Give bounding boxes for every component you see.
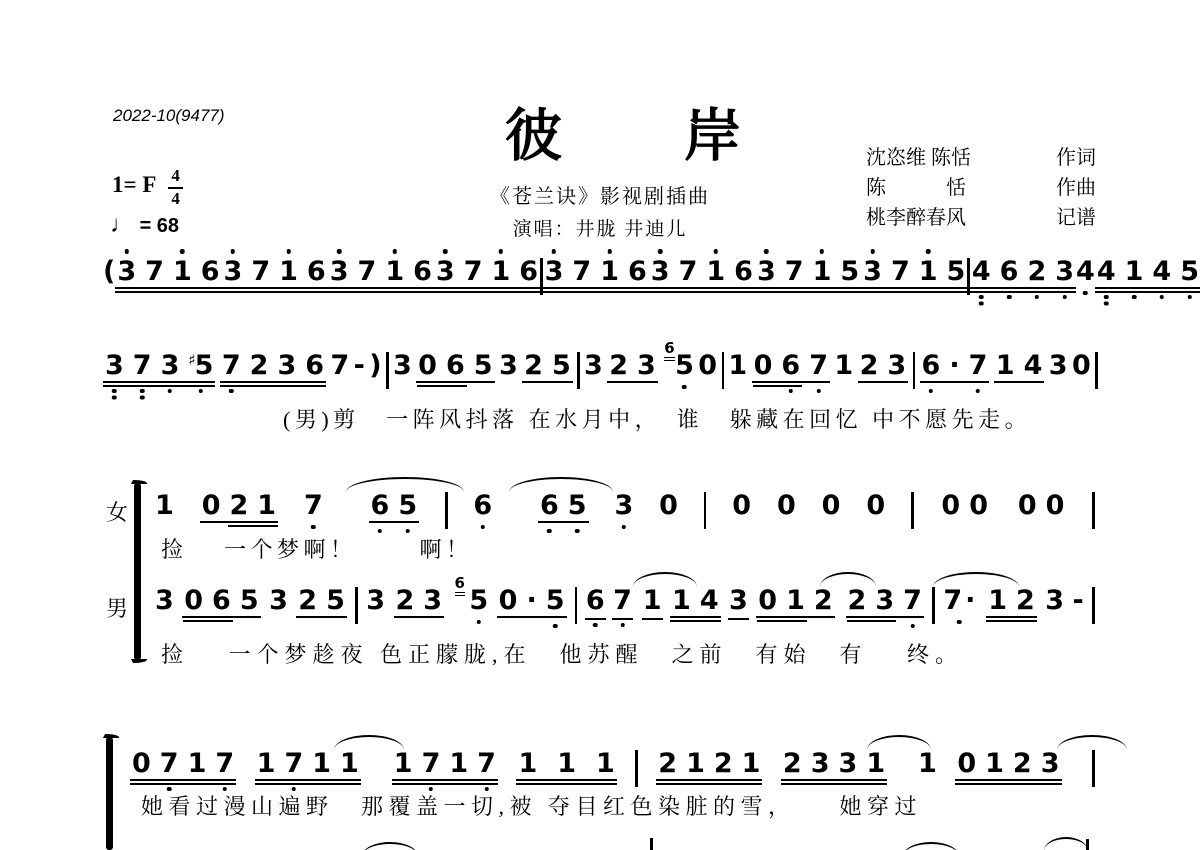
beam-group: 3715 <box>861 258 967 294</box>
note: 2 <box>1016 587 1035 614</box>
octave-dot-below <box>229 389 234 394</box>
verse-line-1: 373♯572367-)306532532365010671236·71430 <box>103 352 1098 398</box>
octave-dot-above <box>392 249 397 254</box>
barline-fragment <box>650 838 653 850</box>
note: 0 <box>957 750 976 777</box>
note: ♯5 <box>188 352 213 379</box>
note: 6 <box>201 258 220 285</box>
beam-group: 373♯5 <box>103 352 215 388</box>
note: 7 <box>903 587 922 614</box>
octave-dot-above <box>820 249 825 254</box>
octave-dot-below <box>481 525 486 530</box>
note: 2 <box>298 587 317 614</box>
note: 3 <box>155 587 174 614</box>
note: 0 <box>659 492 678 519</box>
notation-text: - <box>354 352 365 379</box>
note: 2 <box>396 587 415 614</box>
octave-dot-below <box>593 623 598 628</box>
beam-group: 14 <box>670 587 721 623</box>
note: 6 <box>586 587 605 614</box>
note: 0 <box>418 352 437 379</box>
note: 3 <box>436 258 455 285</box>
note: 5 <box>398 492 417 519</box>
note: 0 <box>969 492 988 519</box>
barline <box>1092 492 1095 529</box>
note: 7 <box>304 492 323 519</box>
octave-dot-above <box>764 249 769 254</box>
note: 2 <box>848 587 867 614</box>
lyric-bottom: 她看过漫山遍野 那覆盖一切,被 夺目红色染脏的雪， 她穿过 <box>141 790 922 821</box>
credit-role: 记谱 <box>1056 203 1096 233</box>
note: 3 <box>875 587 894 614</box>
note: 2 <box>1013 750 1032 777</box>
female-line: 10217656653000000000 <box>155 492 1095 538</box>
note: 6 <box>305 352 324 379</box>
lyric-female: 捡 一个梦啊！ 啊！ <box>161 533 473 564</box>
beam-group: 065 <box>182 587 260 623</box>
credit-name: 桃李醉春风 <box>866 203 966 233</box>
note: 4 <box>1024 352 1043 379</box>
octave-dot-below <box>112 389 117 394</box>
note: 1 <box>312 750 331 777</box>
credits-block: 沈恣维 陈恬 作词 陈 恬 作曲 桃李醉春风 记谱 <box>866 143 1096 233</box>
credit-lyricist: 沈恣维 陈恬 作词 <box>866 143 1096 173</box>
barline <box>911 492 914 529</box>
note: 6 <box>628 258 647 285</box>
octave-dot-below <box>140 389 145 394</box>
beam-group: 65 <box>538 492 589 528</box>
credit-role: 作曲 <box>1056 173 1096 203</box>
note: 7 <box>809 352 828 379</box>
note: 5 <box>546 587 565 614</box>
note: 3 <box>161 352 180 379</box>
note: 6 <box>371 492 390 519</box>
note: 0 <box>777 492 796 519</box>
system-bracket-bottom <box>106 737 113 850</box>
note: 7 <box>613 587 632 614</box>
note: 0 <box>1018 492 1037 519</box>
octave-dot-above <box>714 249 719 254</box>
barline <box>932 587 935 624</box>
key-signature: 1= F 4 4 <box>112 172 183 208</box>
notation-text: - <box>1073 587 1084 614</box>
octave-dot-below <box>682 385 687 390</box>
note: 5 <box>326 587 345 614</box>
intro-line-1: (371637163716371637163716371537154623441… <box>103 258 1098 304</box>
octave-dot-below <box>789 389 794 394</box>
octave-dot-above <box>607 249 612 254</box>
note: 7 <box>679 258 698 285</box>
note: 7 <box>284 750 303 777</box>
note: 7 <box>160 750 179 777</box>
barline <box>1092 750 1095 787</box>
note: 3 <box>584 352 603 379</box>
sheet-page: { "meta": {"catalog": "2022-10(9477)"}, … <box>0 0 1200 850</box>
note: 7 <box>969 352 988 379</box>
octave-dot-below <box>957 620 962 625</box>
note: 1 <box>394 750 413 777</box>
octave-dot-above <box>552 249 557 254</box>
beam-group: 65 <box>369 492 420 528</box>
note: 3 <box>269 587 288 614</box>
note: 4 <box>1097 258 1116 285</box>
sixteenth-beam: 01 <box>758 587 805 614</box>
note: 6 <box>540 492 559 519</box>
note: 7 <box>477 750 496 777</box>
barline <box>1095 352 1098 389</box>
note: 3 <box>366 587 385 614</box>
note: 2 <box>814 587 833 614</box>
note: · <box>526 587 536 614</box>
beam-group: 3716 <box>115 258 221 294</box>
notation-text: ) <box>369 352 381 379</box>
octave-dot-above <box>870 249 875 254</box>
note: 3 <box>757 258 776 285</box>
note: 3 <box>1041 750 1060 777</box>
note: 7 <box>464 258 483 285</box>
note: 7 <box>222 352 241 379</box>
note: 0 <box>822 492 841 519</box>
beam-group: 237 <box>846 587 924 623</box>
barline <box>577 352 580 389</box>
quarter-note-icon: ♩ <box>110 211 134 238</box>
note: 7 <box>422 750 441 777</box>
note: 2 <box>250 352 269 379</box>
note: 3 <box>863 258 882 285</box>
note: 3 <box>887 352 906 379</box>
note: 4 <box>700 587 719 614</box>
note: 4 <box>1076 258 1095 285</box>
beam-group: 0123 <box>955 750 1061 786</box>
beam-group: 3716 <box>434 258 540 294</box>
note: 7 <box>251 258 270 285</box>
note: 1 <box>492 258 511 285</box>
beam-group: 7236 <box>220 352 326 388</box>
note: 3 <box>637 352 656 379</box>
beam-group: 23 <box>607 352 658 388</box>
note: 1 <box>155 492 174 519</box>
note: 1 <box>449 750 468 777</box>
note: 0 <box>941 492 960 519</box>
note: 1 <box>686 750 705 777</box>
beam-group: 2331 <box>781 750 887 786</box>
octave-dot-below <box>976 389 981 394</box>
note: 7 <box>358 258 377 285</box>
meter-denominator: 4 <box>171 189 180 209</box>
note: 3 <box>117 258 136 285</box>
beam-group: 0·5 <box>497 587 567 623</box>
beam-group: 1711 <box>255 750 361 786</box>
octave-dot-below <box>547 529 552 534</box>
note: 3 <box>811 750 830 777</box>
note: 1 <box>643 587 662 614</box>
note: 2 <box>1027 258 1046 285</box>
note: 2 <box>609 352 628 379</box>
barline <box>913 352 916 389</box>
grace-note: 6 <box>664 341 674 361</box>
note: 0 <box>732 492 751 519</box>
note: 0 <box>202 492 221 519</box>
slur-fragment <box>1044 837 1088 850</box>
sixteenth-beam: 06 <box>754 352 801 379</box>
song-title: 彼岸 <box>505 108 863 165</box>
note: 3 <box>105 352 124 379</box>
note: 1 <box>866 750 885 777</box>
note: 0 <box>1072 352 1091 379</box>
credit-name: 沈恣维 陈恬 <box>866 143 971 173</box>
note: 5 <box>675 352 694 379</box>
octave-dot-below <box>1160 295 1165 300</box>
beam-group: 00 <box>939 492 990 519</box>
note: · <box>949 352 959 379</box>
note: 0 <box>499 587 518 614</box>
octave-dot-below <box>199 389 204 394</box>
octave-dot-below <box>1007 295 1012 300</box>
note: 0 <box>132 750 151 777</box>
octave-dot-below <box>929 389 934 394</box>
note: 4 <box>972 258 991 285</box>
sixteenth-beam: 23 <box>848 587 895 614</box>
beam-group: 25 <box>296 587 347 623</box>
beam-group: 3716 <box>222 258 328 294</box>
credit-transcriber: 桃李醉春风 记谱 <box>866 203 1096 233</box>
beam-group: 3716 <box>543 258 649 294</box>
note: 1 <box>988 587 1007 614</box>
octave-dot-above <box>124 249 129 254</box>
note: 6 <box>781 352 800 379</box>
octave-dot-above <box>231 249 236 254</box>
octave-dot-below <box>816 389 821 394</box>
note: 5 <box>947 258 966 285</box>
beam-group: 3716 <box>649 258 755 294</box>
note: 3 <box>839 750 858 777</box>
note: 1 <box>996 352 1015 379</box>
note: 0 <box>758 587 777 614</box>
note: 5 <box>840 258 859 285</box>
note: 7 <box>572 258 591 285</box>
barline <box>635 750 638 787</box>
note: 1 <box>706 258 725 285</box>
octave-dot-below <box>168 389 173 394</box>
note: 3 <box>1049 352 1068 379</box>
beam-group: 14 <box>994 352 1045 388</box>
note: 3 <box>330 258 349 285</box>
note: 3 <box>1045 587 1064 614</box>
note: 1 <box>557 750 576 777</box>
beam-group: 4623 <box>970 258 1076 294</box>
tempo-value: = 68 <box>140 215 179 237</box>
octave-dot-below <box>1132 295 1137 300</box>
slur-fragment <box>903 842 959 850</box>
octave-dot-below <box>1187 295 1192 300</box>
lyric-male: 捡 一个梦趁夜 色正朦胧,在 他苏醒 之前 有始 有 终。 <box>161 638 963 669</box>
note: 1 <box>742 750 761 777</box>
note: 1 <box>1125 258 1144 285</box>
octave-dot-below <box>477 620 482 625</box>
note: 7 <box>330 352 349 379</box>
note: 6 <box>922 352 941 379</box>
beam-group: 012 <box>756 587 834 623</box>
note: 1 <box>279 258 298 285</box>
sixteenth-beam: 21 <box>229 492 276 519</box>
octave-dot-above <box>443 249 448 254</box>
note: 2 <box>524 352 543 379</box>
note: 1 <box>672 587 691 614</box>
note: 2 <box>229 492 248 519</box>
note: 3 <box>423 587 442 614</box>
note: 1 <box>918 750 937 777</box>
barline <box>722 352 725 389</box>
note: 2 <box>860 352 879 379</box>
octave-dot-below <box>622 525 627 530</box>
note: 3 <box>614 492 633 519</box>
note: 0 <box>866 492 885 519</box>
note: 6 <box>307 258 326 285</box>
octave-dot-above <box>286 249 291 254</box>
note: 1 <box>340 750 359 777</box>
system-bracket <box>134 483 141 660</box>
note: 5 <box>568 492 587 519</box>
note: 1 <box>385 258 404 285</box>
note: 5 <box>240 587 259 614</box>
note: 2 <box>658 750 677 777</box>
meter-numerator: 4 <box>168 167 183 189</box>
credit-name: 陈 恬 <box>866 173 966 203</box>
beam-group: 23 <box>394 587 445 623</box>
note: 7 <box>145 258 164 285</box>
note: 3 <box>393 352 412 379</box>
note: 7 <box>891 258 910 285</box>
note: 1 <box>596 750 615 777</box>
beam-group: 4145 <box>1095 258 1200 294</box>
beam-group: 6·7 <box>920 352 990 388</box>
barline <box>355 587 358 624</box>
octave-dot-above <box>180 249 185 254</box>
barline <box>704 492 707 529</box>
octave-dot-below <box>575 529 580 534</box>
note: 5 <box>469 587 488 614</box>
note: 1 <box>786 587 805 614</box>
beam-group: 2121 <box>656 750 762 786</box>
note: 3 <box>1055 258 1074 285</box>
note: 1 <box>600 258 619 285</box>
octave-dot-above <box>658 249 663 254</box>
octave-dot-below <box>311 525 316 530</box>
note: 0 <box>754 352 773 379</box>
beam-group: 3716 <box>328 258 434 294</box>
beam-group: 25 <box>522 352 573 388</box>
beam-group: 067 <box>752 352 830 388</box>
note: 6 <box>446 352 465 379</box>
note: 1 <box>985 750 1004 777</box>
beam-group: 3715 <box>755 258 861 294</box>
note: 1 <box>257 750 276 777</box>
note: 7 <box>215 750 234 777</box>
lyric-verse1: (男)剪 一阵风抖落 在水月中， 谁 躲藏在回忆 中不愿先走。 <box>283 403 1031 434</box>
note: 1 <box>728 352 747 379</box>
octave-dot-below <box>1083 291 1088 296</box>
note: 1 <box>813 258 832 285</box>
note: 0 <box>698 352 717 379</box>
catalog-number: 2022-10(9477) <box>113 106 225 126</box>
note: 6 <box>473 492 492 519</box>
beam-group: 23 <box>858 352 909 388</box>
octave-dot-below <box>553 624 558 629</box>
note: 2 <box>783 750 802 777</box>
note: 3 <box>545 258 564 285</box>
note: 6 <box>413 258 432 285</box>
note: 2 <box>714 750 733 777</box>
barline <box>386 352 389 389</box>
tempo-marking: ♩ = 68 <box>110 211 179 239</box>
slur-fragment <box>362 842 418 850</box>
note: 5 <box>1180 258 1199 285</box>
beam-group: 12 <box>986 587 1037 623</box>
notation-text: ( <box>103 258 115 285</box>
note: 7 <box>785 258 804 285</box>
note: 1 <box>518 750 537 777</box>
note: 1 <box>188 750 207 777</box>
barline <box>575 587 578 624</box>
beam-group: 065 <box>416 352 494 388</box>
note: 1 <box>834 352 853 379</box>
credit-composer: 陈 恬 作曲 <box>866 173 1096 203</box>
octave-dot-below <box>979 295 984 300</box>
note: 4 <box>1152 258 1171 285</box>
octave-dot-above <box>499 249 504 254</box>
note: 0 <box>184 587 203 614</box>
note: 7 <box>133 352 152 379</box>
credit-role: 作词 <box>1056 143 1096 173</box>
note: 6 <box>1000 258 1019 285</box>
barline <box>1092 587 1095 624</box>
note: 1 <box>919 258 938 285</box>
time-signature: 4 4 <box>168 167 183 208</box>
beam-group: 1717 <box>392 750 498 786</box>
barline <box>445 492 448 529</box>
note: 6 <box>734 258 753 285</box>
beam-group: 021 <box>200 492 278 528</box>
barline-fragment <box>1086 839 1089 850</box>
sixteenth-beam: 06 <box>418 352 465 379</box>
octave-dot-above <box>337 249 342 254</box>
octave-dot-below <box>1062 295 1067 300</box>
note: 7· <box>943 587 975 614</box>
note: 5 <box>474 352 493 379</box>
note: 6 <box>519 258 538 285</box>
note: 6 <box>212 587 231 614</box>
voice-label-female: 女 <box>106 496 128 527</box>
octave-dot-below <box>910 624 915 629</box>
key-label: 1= F <box>112 172 156 198</box>
octave-dot-below <box>620 623 625 628</box>
note: 1 <box>257 492 276 519</box>
note: 0 <box>1046 492 1065 519</box>
beam-group: 0717 <box>130 750 236 786</box>
voice-label-male: 男 <box>106 592 128 623</box>
augmentation-dot: · <box>965 585 975 616</box>
grace-note: 6 <box>455 576 465 596</box>
octave-dot-below <box>1035 295 1040 300</box>
octave-dot-below <box>1104 295 1109 300</box>
note: 3 <box>651 258 670 285</box>
male-line: 3065325323650·56711430122377·123- <box>155 587 1095 633</box>
note: 3 <box>729 587 748 614</box>
sixteenth-beam: 06 <box>184 587 231 614</box>
octave-dot-above <box>926 249 931 254</box>
note: 1 <box>173 258 192 285</box>
note: 3 <box>277 352 296 379</box>
